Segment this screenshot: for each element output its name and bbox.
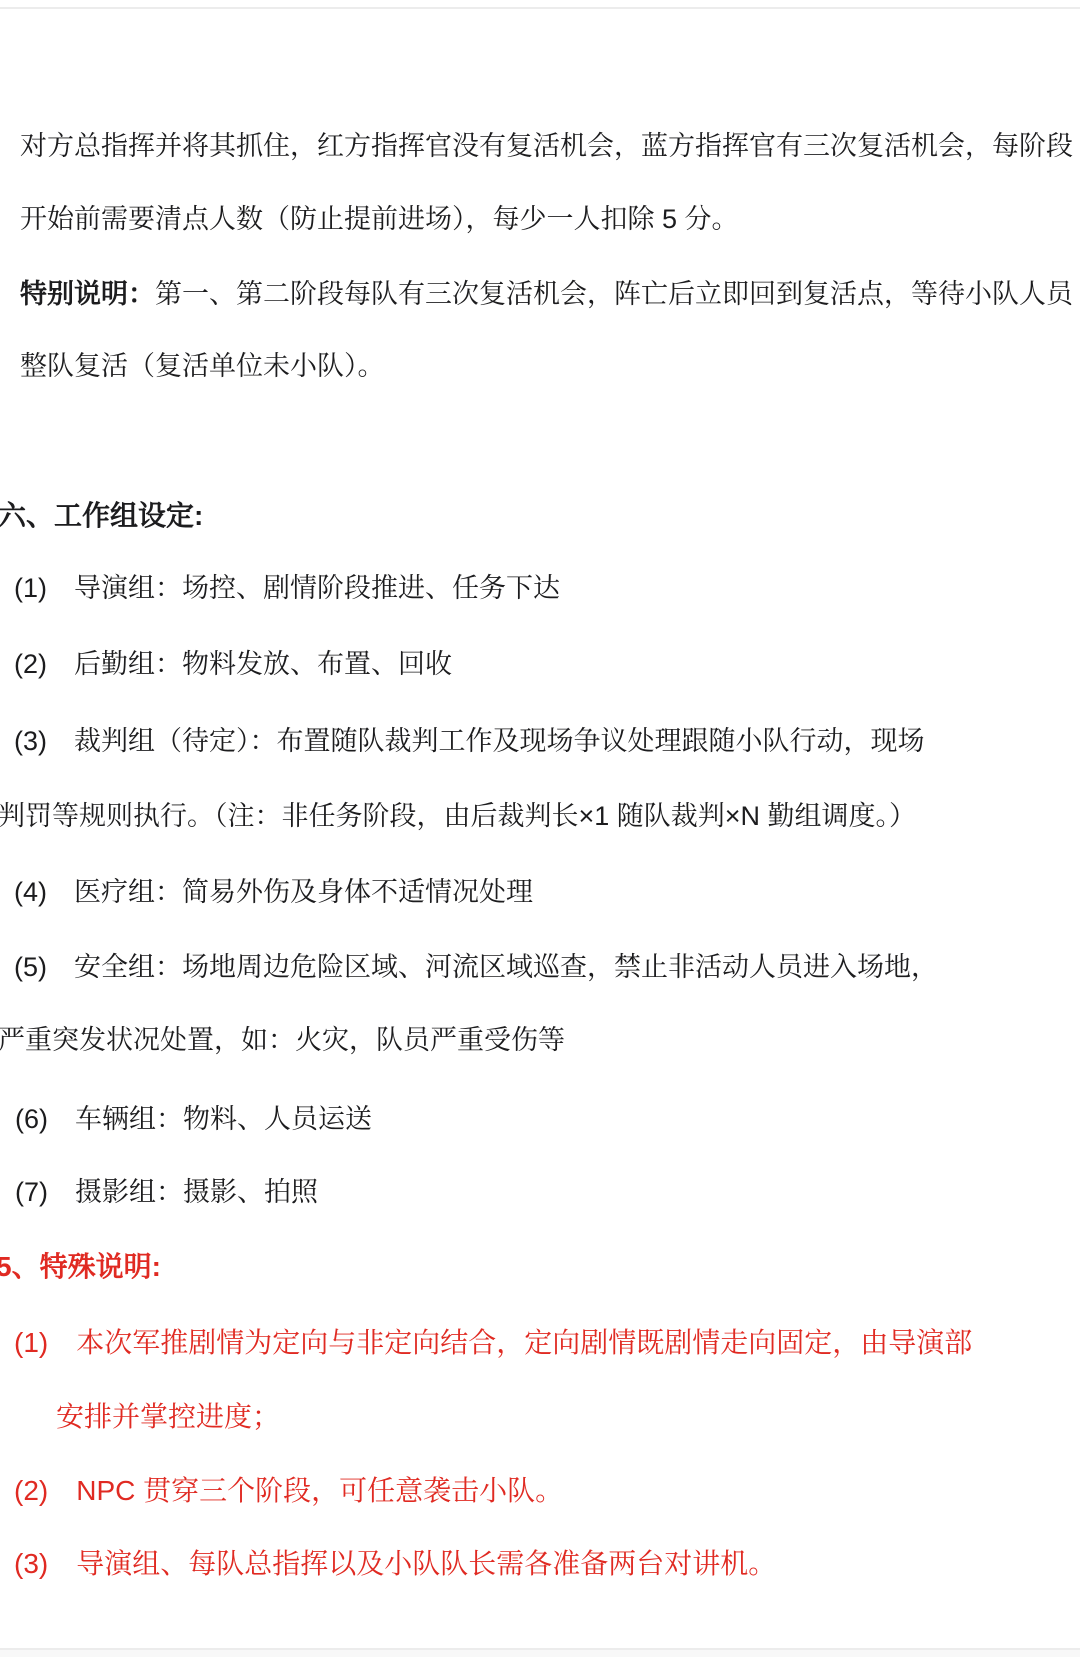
workgroup-item-3-line-2: 判罚等规则执行。（注：非任务阶段，由后裁判长×1 随队裁判×N 勤组调度。） xyxy=(0,800,916,834)
workgroups-heading: 六、工作组设定: xyxy=(0,498,203,533)
special-note-line-2: 整队复活（复活单位未小队）。 xyxy=(20,350,385,384)
special-note-text: 第一、第二阶段每队有三次复活机会，阵亡后立即回到复活点，等待小队人员 xyxy=(155,279,1073,309)
special-item-1-line-1: (1) 本次军推剧情为定向与非定向结合，定向剧情既剧情走向固定，由导演部 xyxy=(14,1325,972,1360)
intro-line-1: 对方总指挥并将其抓住，红方指挥官没有复活机会，蓝方指挥官有三次复活机会，每阶段 xyxy=(20,130,1073,164)
workgroup-item-4: (4) 医疗组：简易外伤及身体不适情况处理 xyxy=(14,876,533,910)
special-note-label: 特别说明： xyxy=(20,279,155,309)
workgroup-item-5-line-1: (5) 安全组：场地周边危险区域、河流区域巡查，禁止非活动人员进入场地， xyxy=(14,951,938,985)
special-note-line-1: 特别说明：第一、第二阶段每队有三次复活机会，阵亡后立即回到复活点，等待小队人员 xyxy=(20,278,1073,312)
workgroup-item-2: (2) 后勤组：物料发放、布置、回收 xyxy=(14,648,452,682)
workgroup-item-5-line-2: 严重突发状况处置，如：火灾，队员严重受伤等 xyxy=(0,1024,565,1058)
workgroup-item-3-line-1: (3) 裁判组（待定）：布置随队裁判工作及现场争议处理跟随小队行动，现场 xyxy=(14,725,925,759)
page-top-divider xyxy=(0,7,1080,9)
page-bottom-margin xyxy=(0,1650,1080,1657)
workgroup-item-1: (1) 导演组：场控、剧情阶段推进、任务下达 xyxy=(14,572,560,606)
special-item-2: (2) NPC 贯穿三个阶段，可任意袭击小队。 xyxy=(14,1473,563,1508)
special-item-1-line-2: 安排并掌控进度； xyxy=(56,1399,280,1434)
document-page: 对方总指挥并将其抓住，红方指挥官没有复活机会，蓝方指挥官有三次复活机会，每阶段 … xyxy=(0,0,1080,1657)
special-item-3: (3) 导演组、每队总指挥以及小队队长需各准备两台对讲机。 xyxy=(14,1546,776,1581)
workgroup-item-6: (6) 车辆组：物料、人员运送 xyxy=(15,1103,372,1137)
workgroup-item-7: (7) 摄影组：摄影、拍照 xyxy=(15,1176,318,1210)
special-section-heading: 5、特殊说明: xyxy=(0,1249,161,1284)
intro-line-2: 开始前需要清点人数（防止提前进场），每少一人扣除 5 分。 xyxy=(20,203,739,237)
